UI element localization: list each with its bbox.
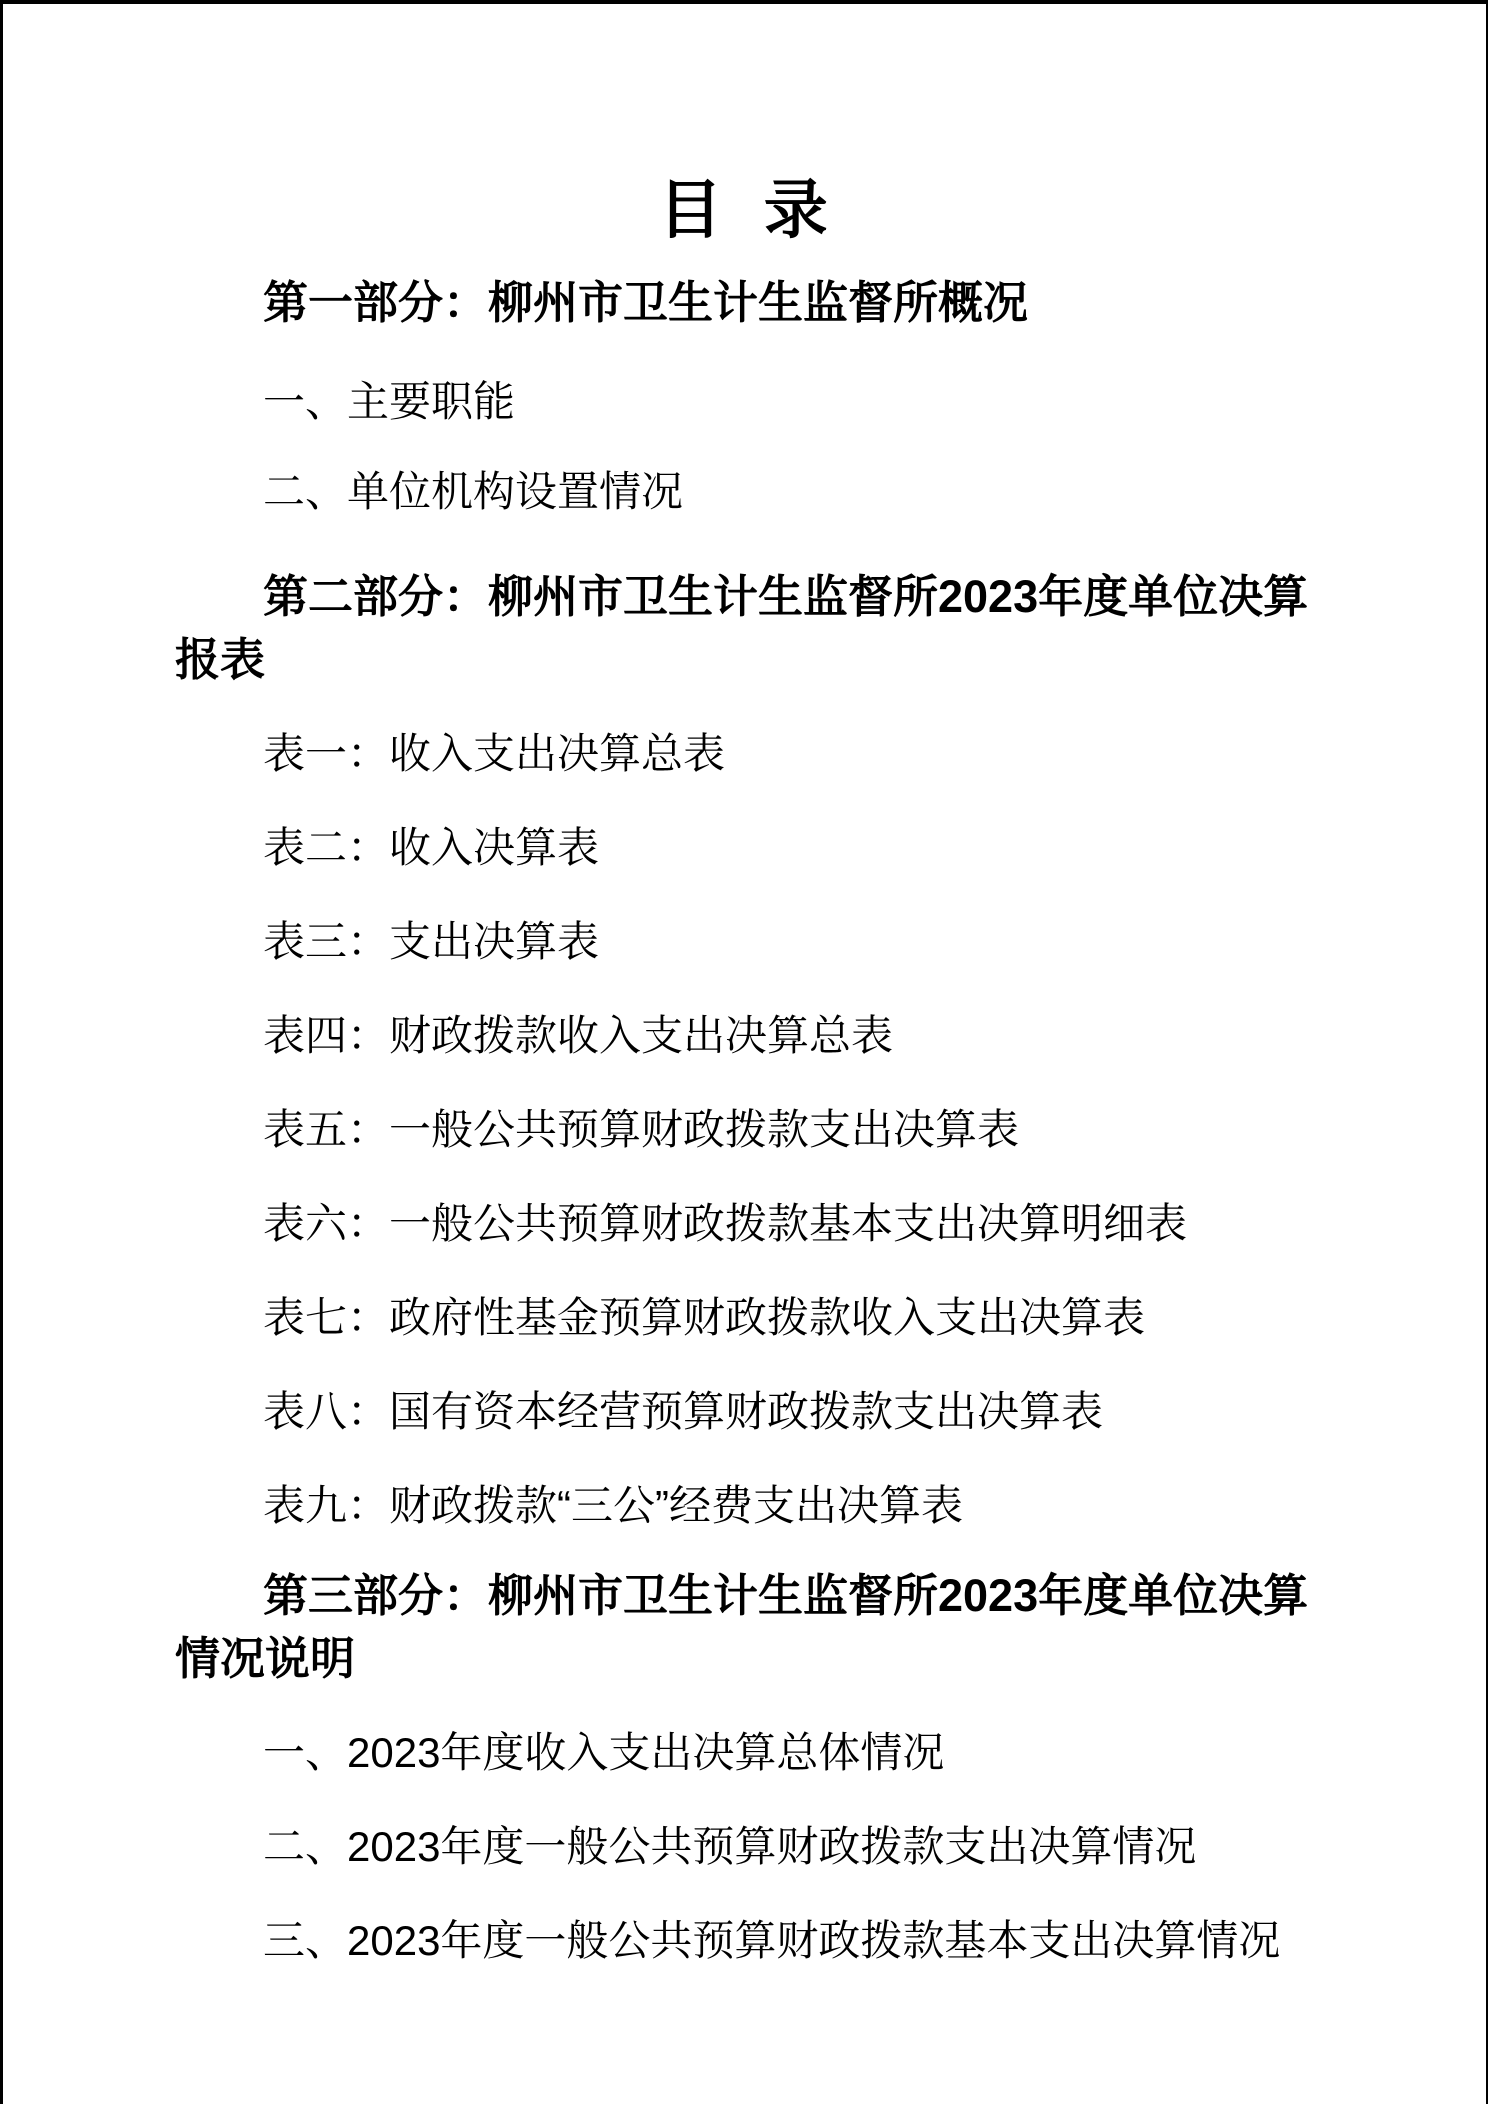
toc-entry: 二、2023年度一般公共预算财政拨款支出决算情况 (175, 1822, 1378, 1872)
toc-section-heading: 报表 (175, 634, 1378, 686)
toc-entry: 表三：支出决算表 (175, 917, 1378, 967)
toc-entry: 表九：财政拨款“三公”经费支出决算表 (175, 1481, 1378, 1531)
toc-entry: 表一：收入支出决算总表 (175, 729, 1378, 779)
toc-entry: 表二：收入决算表 (175, 823, 1378, 873)
document-page: 目 录 第一部分：柳州市卫生计生监督所概况一、主要职能二、单位机构设置情况第二部… (0, 0, 1488, 2104)
toc-entry: 表五：一般公共预算财政拨款支出决算表 (175, 1105, 1378, 1155)
toc-entry: 表四：财政拨款收入支出决算总表 (175, 1011, 1378, 1061)
scan-border-top (0, 0, 1488, 4)
toc-entry: 一、主要职能 (175, 377, 1378, 427)
toc-section-heading: 情况说明 (175, 1633, 1378, 1685)
toc-entry: 一、2023年度收入支出决算总体情况 (175, 1728, 1378, 1778)
toc-entry: 表八：国有资本经营预算财政拨款支出决算表 (175, 1387, 1378, 1437)
scan-border-left (0, 0, 3, 2104)
page-title: 目 录 (0, 0, 1488, 246)
toc-section-heading: 第一部分：柳州市卫生计生监督所概况 (175, 277, 1378, 329)
toc-entry: 表七：政府性基金预算财政拨款收入支出决算表 (175, 1293, 1378, 1343)
toc-entry: 表六：一般公共预算财政拨款基本支出决算明细表 (175, 1199, 1378, 1249)
toc-section-heading: 第三部分：柳州市卫生计生监督所2023年度单位决算 (175, 1570, 1378, 1622)
toc-entry: 三、2023年度一般公共预算财政拨款基本支出决算情况 (175, 1916, 1378, 1966)
toc-section-heading: 第二部分：柳州市卫生计生监督所2023年度单位决算 (175, 571, 1378, 623)
toc-entry: 二、单位机构设置情况 (175, 467, 1378, 517)
table-of-contents: 第一部分：柳州市卫生计生监督所概况一、主要职能二、单位机构设置情况第二部分：柳州… (0, 277, 1488, 1966)
